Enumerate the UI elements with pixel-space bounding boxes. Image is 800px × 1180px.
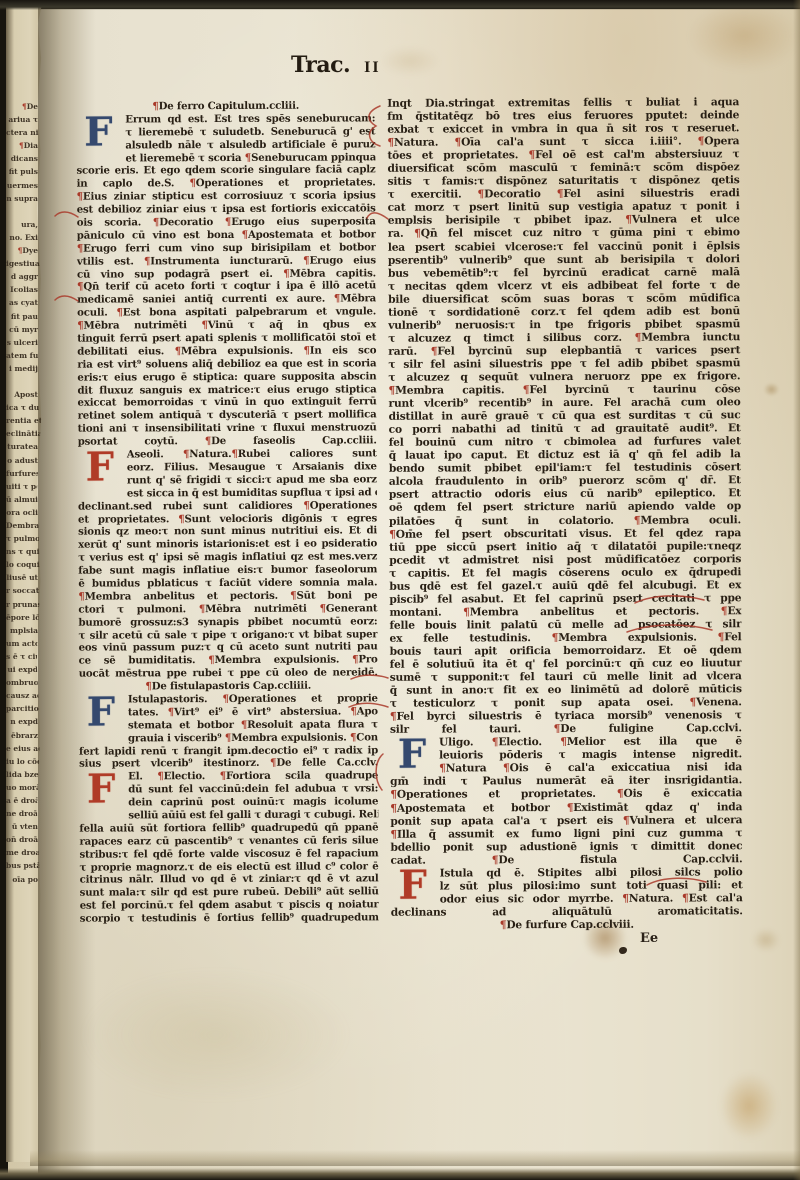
text-line: ra. ¶Qn̄ fel miscet cuz nitro τ gūma pin… [388, 226, 740, 241]
drop-cap-initial: F [79, 694, 123, 732]
text-line: retinet solem antiquā τ dyscuteriā τ pse… [78, 409, 377, 423]
text-line: est fel porcinū.τ fel qdem asabut τ pisc… [80, 899, 379, 913]
page-bottom-edge [30, 1150, 800, 1166]
scan-edge-bottom [0, 1168, 800, 1180]
text-line: lz sūt plus pilosi:imo sunt toti quasi p… [440, 878, 743, 892]
text-line: dit fluxuz sanguis ex matrice:τ eius eru… [77, 383, 376, 397]
text-line: Istula qd ē. Stipites albi pilosi silcs … [440, 865, 743, 879]
text-line: declinans ad aliquātulū aromaticitatis. [391, 904, 743, 919]
tract-label: Trac. [291, 52, 350, 78]
text-line: Errum qd est. Est tres spēs seneburucam: [125, 112, 375, 126]
text-line: τ verius est q' ipsi sē magis inflatiui … [78, 551, 377, 565]
text-line: scorie eris. Et ego qdem scorie singular… [76, 164, 375, 178]
text-line: pcedit vt admistret nisi post mūdificatō… [389, 552, 741, 567]
chapter-heading: ¶De fistulapastoris Cap.ccliiii. [79, 679, 378, 693]
text-line: eos vinū passum puz:τ q cū aceto sunt nu… [79, 641, 378, 655]
text-line: cū vino sup podagrā psert ei. ¶Mēbra cap… [77, 267, 376, 281]
text-line: ē bumidus pblaticus τ faciūt videre somn… [78, 576, 377, 590]
paragraph-block: FIstula qd ē. Stipites albi pilosi silcs… [391, 865, 743, 919]
text-line: ¶Om̄e fel psert obscuritati visus. Et fe… [389, 526, 741, 541]
drop-cap-initial: F [390, 737, 434, 775]
text-line: ¶Operationes et proprietates. ¶Ois ē exi… [390, 787, 742, 802]
text-line: scorpio τ testudinis ē fortius fellib⁹ q… [80, 911, 379, 925]
text-line: ¶Mēbra nutrimēti ¶Vinū τ aq̄ in qbus ex [77, 318, 376, 332]
paragraph-block: FErrum qd est. Est tres spēs seneburucam… [76, 112, 376, 448]
text-line: ¶Membra anbelitus et pectoris. ¶Sūt boni… [78, 589, 377, 603]
text-line: ¶Apostemata et botbor ¶Existimāt qdaz q'… [390, 800, 742, 815]
text-line: τ capitis. Et fel magis cōserens oculo e… [389, 565, 741, 580]
text-line: oculi. ¶Est bona aspitati palpebrarum et… [77, 306, 376, 320]
text-line: ¶Natura ¶Ois ē cal'a exiccatiua nisi ida [439, 761, 742, 775]
text-line: citrinus nālr. Illud vo qd ē vt ziniar:τ… [80, 873, 379, 887]
text-line: et proprietates. ¶Sunt velocioris digōni… [78, 512, 377, 526]
paragraph-block: FUligo. ¶Electio. ¶Melior est illa que ē… [390, 735, 743, 867]
text-line: psortat coytū. ¶De faseolis Cap.ccliii. [78, 435, 377, 449]
text-line: alsuledb nāle τ alsuledb artificiale ē p… [125, 138, 375, 152]
text-line: declinant.sed rubei sunt calidiores ¶Ope… [78, 499, 377, 513]
text-line: τ silr acetū cū sale τ pipe τ origano:τ … [79, 628, 378, 642]
text-line: est sicca in q̄ est bumiditas supflua τ … [127, 486, 377, 500]
text-line: odor eius sic odor myrrbe. ¶Natura. ¶Est… [440, 891, 743, 905]
text-line: Aseoli. ¶Natura.¶Rubei caliores sunt [127, 447, 377, 461]
text-line: grauia i viscerib⁹ ¶Membra expulsionis. … [128, 731, 378, 745]
text-line: τ lieremebē τ suludetb. Seneburucā g' es… [125, 125, 375, 139]
drop-cap-initial: F [79, 772, 123, 810]
paragraph-block: FIstulapastoris. ¶Operationes et proprie… [79, 692, 378, 771]
text-line: stemata et botbor ¶Resoluit apata flura … [128, 718, 378, 732]
text-line: τ necitas qdem vlcerz vt eis adbibeat fe… [388, 278, 740, 293]
text-line: eorz. Filius. Mesaugue τ Arsaianis dixe [127, 460, 377, 474]
chapter-heading: ¶De furfure Cap.cclviii. [391, 917, 743, 932]
scan-edge-top [0, 0, 800, 10]
running-header: Trac.II [291, 52, 381, 78]
text-line: medicamē saniei antiq̄ currenti ex aure.… [77, 293, 376, 307]
tract-number: II [364, 59, 380, 76]
text-line: bus vebemētib⁹:τ fel byrcinū eradicat ca… [388, 265, 740, 280]
text-line: leuioris pōderis τ magis intense nigredi… [439, 748, 742, 762]
paragraph-block: Inqt Dia.stringat extremitas fellis τ bu… [387, 95, 742, 736]
drop-cap-initial: F [391, 867, 435, 905]
text-line: bus qdē est fel gazel.τ auiū qdē fel alc… [389, 578, 741, 593]
text-line: xerūt q' sunt minoris istarionis:et est … [78, 538, 377, 552]
text-line: lea psert scabiei vlcerose:τ fel vaccinū… [388, 239, 740, 254]
text-line: cadat. ¶De fistula Cap.cclvii. [390, 852, 742, 867]
text-line: tinguit ferrū psert apati splenis τ moll… [77, 331, 376, 345]
text-line: sunt mala:τ silr qd est pure rubeū. Debi… [80, 886, 379, 900]
text-line: tionē τ sordidationē corz.τ fel qdem adi… [388, 304, 740, 319]
chapter-heading: ¶De ferro Capitulum.ccliii. [76, 99, 375, 113]
text-line: ctori τ pulmoni. ¶Mēbra nutrimēti ¶Gener… [78, 602, 377, 616]
text-line: sionis qz meo:τ non sunt minus nutritiui… [78, 525, 377, 539]
paragraph-block: FAseoli. ¶Natura.¶Rubei caliores sunteor… [78, 447, 378, 680]
text-line: ponit sup apata cal'a τ psert eis ¶Vulne… [390, 813, 742, 828]
text-line: fert lapidi renū τ frangit ipm.decoctio … [79, 744, 378, 758]
text-line: oē qdem fel psert stricture nariū apiend… [389, 500, 741, 515]
text-line: vulnerib⁹ neruosis:τ in tpe frigoris pbi… [388, 317, 740, 332]
text-line: dū sunt fel vaccinū:dein fel adubua τ vr… [128, 783, 378, 797]
text-line: ois scoria. ¶Decoratio ¶Erugo eius super… [77, 215, 376, 229]
text-line: et lieremebē τ scoria ¶Seneburucam ppinq… [125, 151, 375, 165]
text-line: tioni ani τ insensibilitati vrine τ flux… [78, 422, 377, 436]
text-line: ¶Illa q̄ assumit ex fumo ligni pini cuz … [390, 826, 742, 841]
text-line: pilatōes q̄ sunt in colatorio. ¶Membra o… [389, 513, 741, 528]
text-line: fella auiū sūt fortiora fellib⁹ quadrupe… [79, 821, 378, 835]
text-line: ¶Eius ziniar stipticu est corrosiuuz τ s… [77, 190, 376, 204]
text-line: uocāt mēstrua ppe rubei τ ppe cū oleo de… [79, 667, 378, 681]
text-line: ce sē bumiditatis. ¶Membra expulsionis. … [79, 654, 378, 668]
text-line: est debilioz ziniar eius τ ipsa est fort… [77, 202, 376, 216]
text-line: tiū ppe siccū psert initio aq̄ τ dilatat… [389, 539, 741, 554]
text-line: fabe sunt magis inflatiue eis:τ bumor fa… [78, 563, 377, 577]
text-line: dein caprinū post ouinū:τ magis icolume [128, 795, 378, 809]
text-line: bdellio ponit sup adustionē ignis τ dimi… [390, 839, 742, 854]
text-line: rapaces earz cū pascentib⁹ τ venantes cū… [79, 834, 378, 848]
drop-cap-initial: F [78, 450, 122, 488]
text-column-right: Inqt Dia.stringat extremitas fellis τ bu… [387, 95, 743, 932]
text-line: vtilis est. ¶Instrumenta iuncturarū. ¶Er… [77, 254, 376, 268]
drop-cap-initial: F [76, 114, 120, 152]
scan-edge-right [793, 0, 800, 1180]
text-line: exiccat bemorroidas τ vinū in quo exting… [77, 396, 376, 410]
text-line: pserentib⁹ vulnerib⁹ que sunt ab berisip… [388, 252, 740, 267]
text-line: ¶Erugo ferri cum vino sup birisipilam et… [77, 241, 376, 255]
text-line: tates. ¶Virt⁹ ei⁹ ē virt⁹ abstersiua. ¶A… [128, 705, 378, 719]
text-column-left: ¶De ferro Capitulum.ccliii.FErrum qd est… [76, 99, 379, 925]
text-line: bumorē grossuz:s3 synapis pbibet nocumtū… [78, 615, 377, 629]
text-line: piscib⁹ fel asabut. Et fel caprinū psert… [389, 591, 741, 606]
catchword: Ee [640, 931, 658, 946]
text-line: sius psert vlcerib⁹ itestinorz. ¶De fell… [79, 757, 378, 771]
text-line: stribus:τ fel qdē forte valde viscosuz ē… [79, 847, 378, 861]
text-line: bile diuersificat scōm suas boras τ scōm… [388, 291, 740, 306]
text-line: pāniculo cū vino est bona ¶Apostemata et… [77, 228, 376, 242]
paragraph-block: FEl. ¶Electio. ¶Fortiora scila quadruped… [79, 770, 379, 926]
text-line: Uligo. ¶Electio. ¶Melior est illa que ē [439, 735, 742, 749]
text-line: Istulapastoris. ¶Operationes et proprie [128, 692, 378, 706]
text-line: runt q' sē frigidi τ sicci:τ apud me sba… [127, 473, 377, 487]
text-line: eris:τ eius erugo ē stiptica: quare supp… [77, 370, 376, 384]
incunabulum-scan: { "page": { "header": { "tract_label": "… [0, 0, 800, 1180]
text-line: in caplo de.S. ¶Operationes et proprieta… [77, 177, 376, 191]
text-line: El. ¶Electio. ¶Fortiora scila quadrupe [128, 770, 378, 784]
text-line: ria est virt⁹ soluens aliq̄ debilioz ea … [77, 357, 376, 371]
text-line: τ proprie magnorz.τ de eis electū est il… [80, 860, 379, 874]
text-line: selliū aūiū est fel galli τ duragi τ cub… [128, 808, 378, 822]
text-line: ¶Qn̄ terif cū aceto forti τ coqtur i ipa… [77, 280, 376, 294]
text-line: debilitati eius. ¶Mēbra expulsionis. ¶In… [77, 344, 376, 358]
